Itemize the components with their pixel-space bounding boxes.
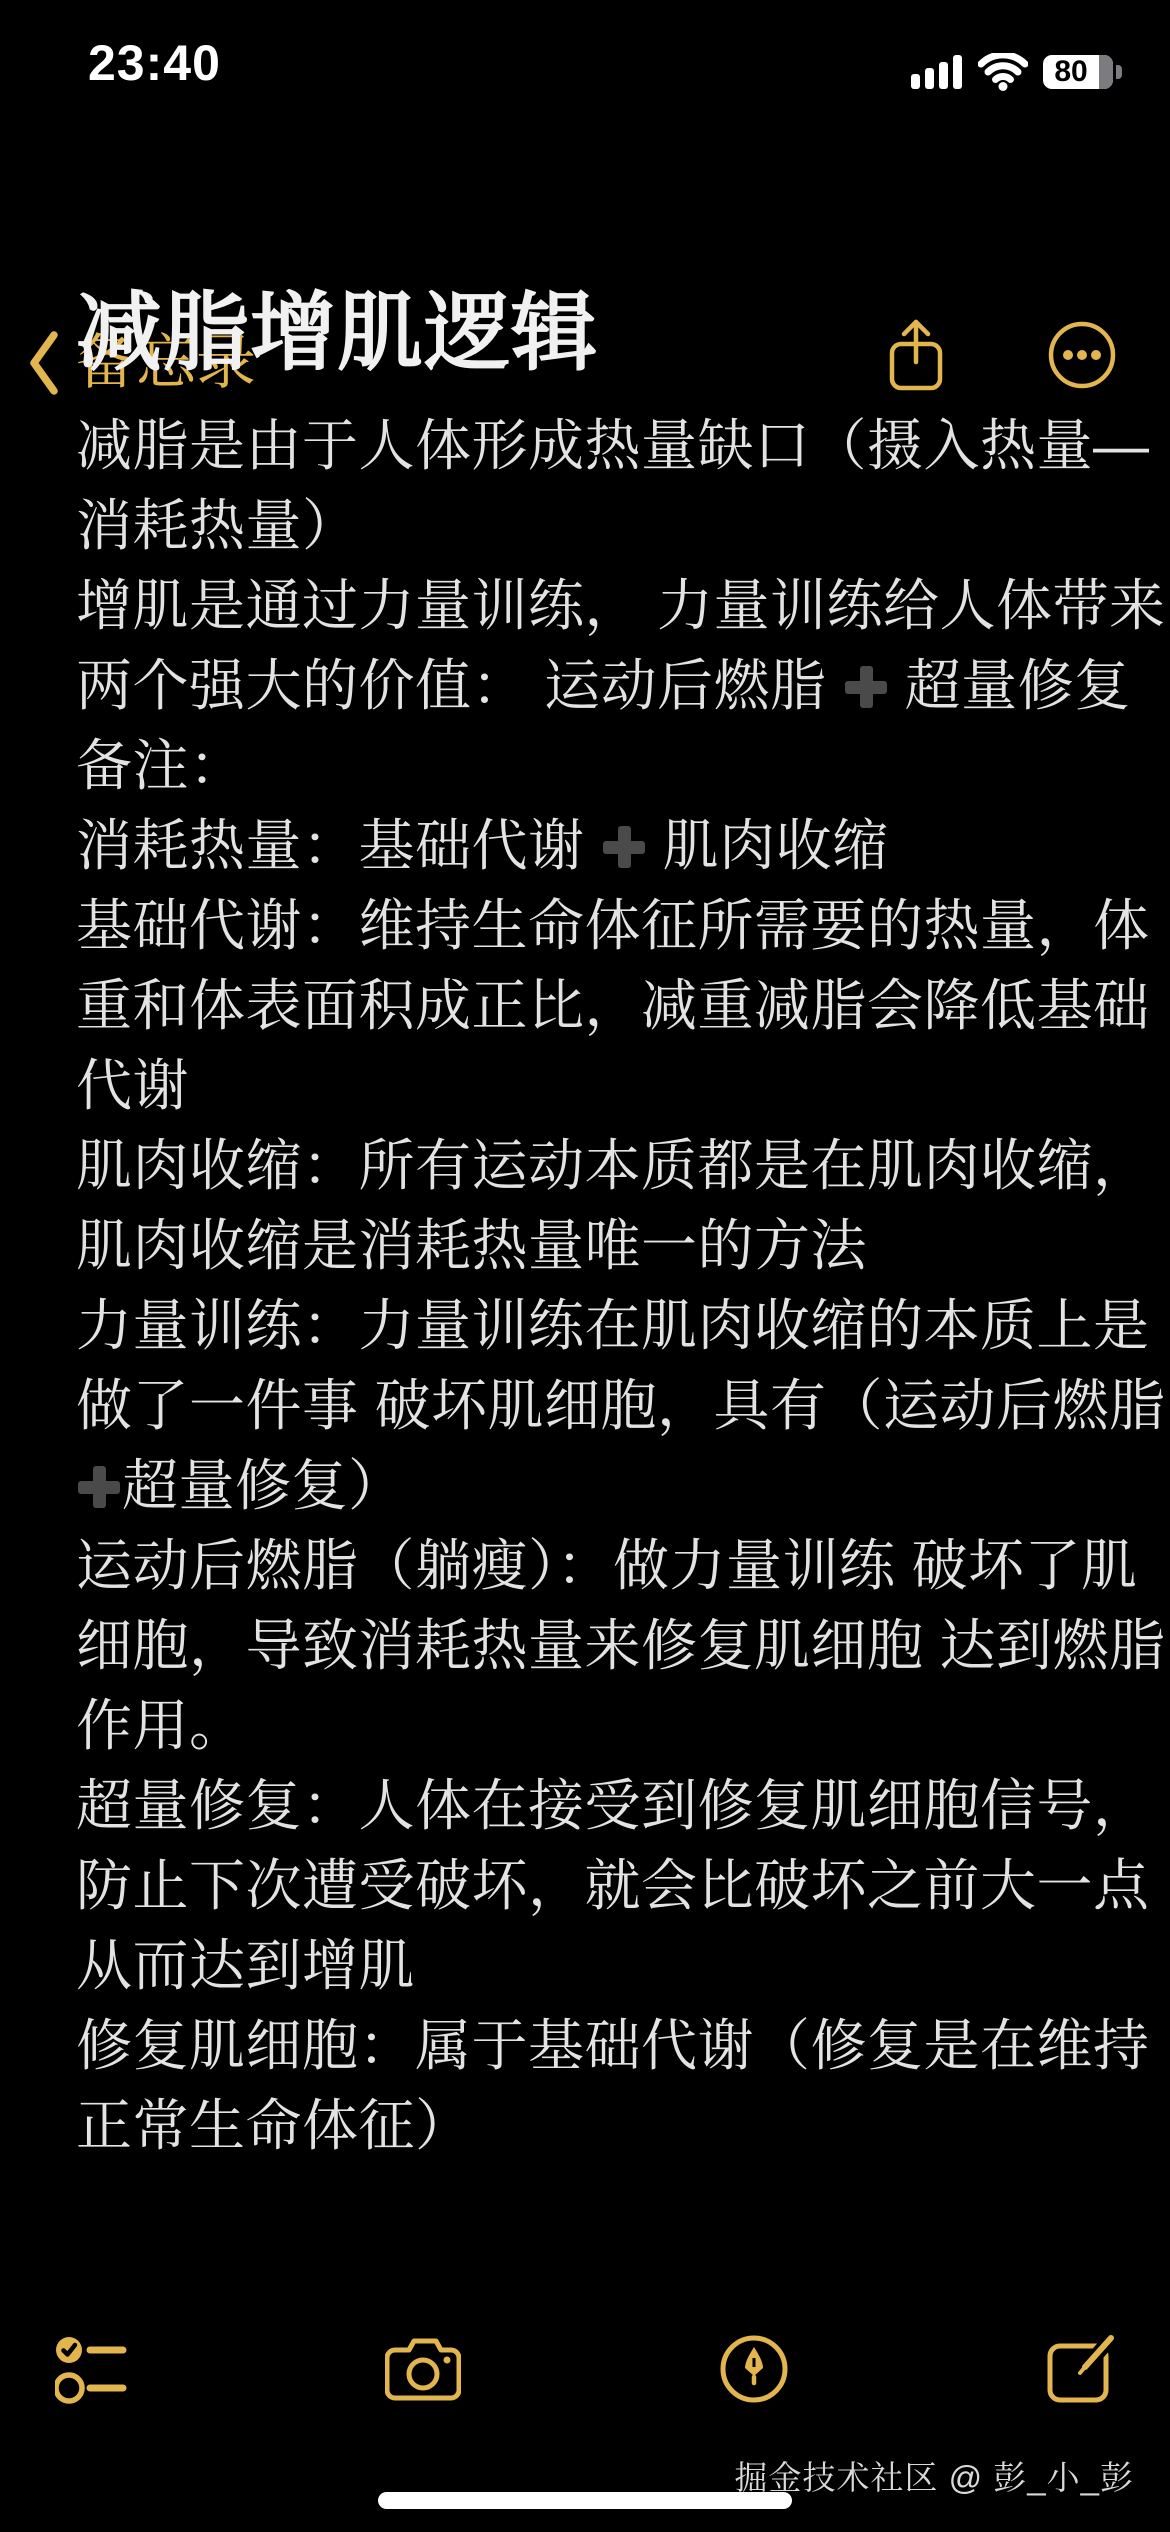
note-line: 从而达到增肌	[76, 1926, 1136, 2006]
note-line: 代谢	[76, 1046, 1136, 1126]
checklist-button[interactable]	[55, 2334, 127, 2404]
status-time: 23:40	[88, 34, 221, 92]
compose-button[interactable]	[1047, 2335, 1115, 2403]
note-line: 肌肉收缩是消耗热量唯一的方法	[76, 1206, 1136, 1286]
battery-icon: 80	[1043, 55, 1113, 89]
plus-icon	[76, 1464, 122, 1510]
note-line: 运动后燃脂（躺瘦）：做力量训练 破坏了肌	[76, 1526, 1136, 1606]
nav-bar: 备忘录	[0, 150, 1170, 260]
note-line: 减脂是由于人体形成热量缺口（摄入热量—	[76, 406, 1136, 486]
note-line: 超量修复）	[76, 1446, 1136, 1526]
wifi-icon	[978, 53, 1028, 91]
note-line: 作用。	[76, 1686, 1136, 1766]
checklist-icon	[55, 2334, 127, 2404]
plus-icon	[843, 664, 889, 710]
note-line: 超量修复：人体在接受到修复肌细胞信号，	[76, 1766, 1136, 1846]
battery-cap	[1116, 65, 1122, 79]
note-line: 正常生命体征）	[76, 2086, 1136, 2166]
camera-button[interactable]	[385, 2337, 461, 2401]
home-indicator[interactable]	[378, 2492, 792, 2509]
watermark: 掘金技术社区 @ 彭_小_彭	[734, 2452, 1134, 2499]
markup-button[interactable]	[719, 2333, 789, 2405]
note-body: 减脂是由于人体形成热量缺口（摄入热量—消耗热量）增肌是通过力量训练， 力量训练给…	[76, 406, 1136, 2166]
battery-percent: 80	[1043, 55, 1099, 89]
note-line: 基础代谢：维持生命体征所需要的热量，体	[76, 886, 1136, 966]
battery-depleted-segment	[1099, 55, 1113, 89]
notes-app-screen: 23:40 80	[0, 0, 1170, 2532]
marker-pen-icon	[719, 2333, 789, 2405]
status-bar: 23:40 80	[0, 0, 1170, 110]
note-line: 细胞，导致消耗热量来修复肌细胞 达到燃脂	[76, 1606, 1136, 1686]
note-line: 重和体表面积成正比，减重减脂会降低基础	[76, 966, 1136, 1046]
plus-icon	[601, 824, 647, 870]
note-line: 修复肌细胞：属于基础代谢（修复是在维持	[76, 2006, 1136, 2086]
note-line: 两个强大的价值： 运动后燃脂 超量修复	[76, 646, 1136, 726]
chevron-left-icon	[26, 330, 60, 396]
note-line: 力量训练：力量训练在肌肉收缩的本质上是	[76, 1286, 1136, 1366]
note-line: 做了一件事 破坏肌细胞，具有（运动后燃脂	[76, 1366, 1136, 1446]
camera-icon	[385, 2337, 461, 2401]
note-line: 肌肉收缩：所有运动本质都是在肌肉收缩，	[76, 1126, 1136, 1206]
note-line: 防止下次遭受破坏，就会比破坏之前大一点	[76, 1846, 1136, 1926]
cellular-signal-icon	[911, 54, 963, 90]
compose-icon	[1047, 2335, 1115, 2403]
note-editor[interactable]: 减脂增肌逻辑 减脂是由于人体形成热量缺口（摄入热量—消耗热量）增肌是通过力量训练…	[76, 283, 1136, 2166]
note-line: 增肌是通过力量训练， 力量训练给人体带来	[76, 566, 1136, 646]
bottom-toolbar	[0, 2330, 1170, 2408]
note-line: 消耗热量）	[76, 486, 1136, 566]
status-icons: 80	[911, 52, 1122, 92]
note-line: 消耗热量：基础代谢 肌肉收缩	[76, 806, 1136, 886]
note-title: 减脂增肌逻辑	[76, 283, 1136, 384]
note-line: 备注：	[76, 726, 1136, 806]
